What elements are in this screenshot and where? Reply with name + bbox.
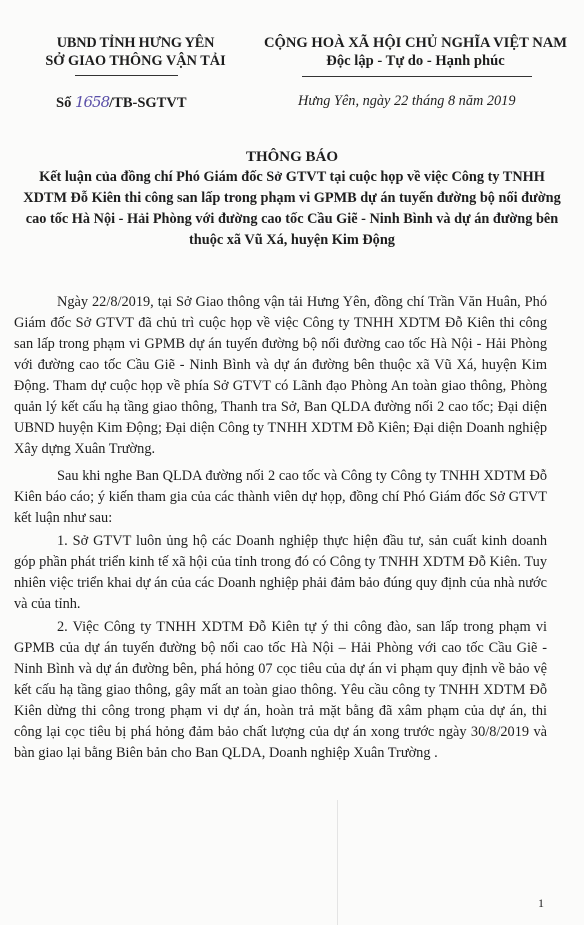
document-number: Số 1658/TB-SGTVT <box>56 93 187 112</box>
national-motto: CỘNG HOÀ XÃ HỘI CHỦ NGHĨA VIỆT NAM Độc l… <box>243 34 584 70</box>
paragraph-meeting-info: Ngày 22/8/2019, tại Sở Giao thông vận tả… <box>14 292 547 460</box>
authority-department: SỞ GIAO THÔNG VẬN TẢI <box>28 52 243 70</box>
document-body: Ngày 22/8/2019, tại Sở Giao thông vận tả… <box>14 292 547 764</box>
country-name: CỘNG HOÀ XÃ HỘI CHỦ NGHĨA VIỆT NAM <box>243 34 584 52</box>
paragraph-point-1: 1. Sở GTVT luôn ủng hộ các Doanh nghiệp … <box>14 531 547 615</box>
number-prefix: Số <box>56 95 75 111</box>
motto: Độc lập - Tự do - Hạnh phúc <box>243 52 584 70</box>
paragraph-conclusion-intro: Sau khi nghe Ban QLDA đường nối 2 cao tố… <box>14 466 547 529</box>
motto-underline <box>302 76 532 77</box>
paragraph-point-2: 2. Việc Công ty TNHH XDTM Đỗ Kiên tự ý t… <box>14 617 547 764</box>
authority-underline <box>75 75 178 76</box>
document-date: Hưng Yên, ngày 22 tháng 8 năm 2019 <box>298 93 515 110</box>
number-suffix: /TB-SGTVT <box>109 95 186 111</box>
issuing-authority: UBND TỈNH HƯNG YÊN SỞ GIAO THÔNG VẬN TẢI <box>28 34 243 70</box>
page-number: 1 <box>538 896 544 911</box>
authority-province: UBND TỈNH HƯNG YÊN <box>28 34 243 52</box>
handwritten-number: 1658 <box>75 93 109 111</box>
paper-fold-line <box>337 800 338 925</box>
document-subtitle: Kết luận của đồng chí Phó Giám đốc Sở GT… <box>20 167 564 251</box>
document-title: THÔNG BÁO <box>0 149 584 166</box>
